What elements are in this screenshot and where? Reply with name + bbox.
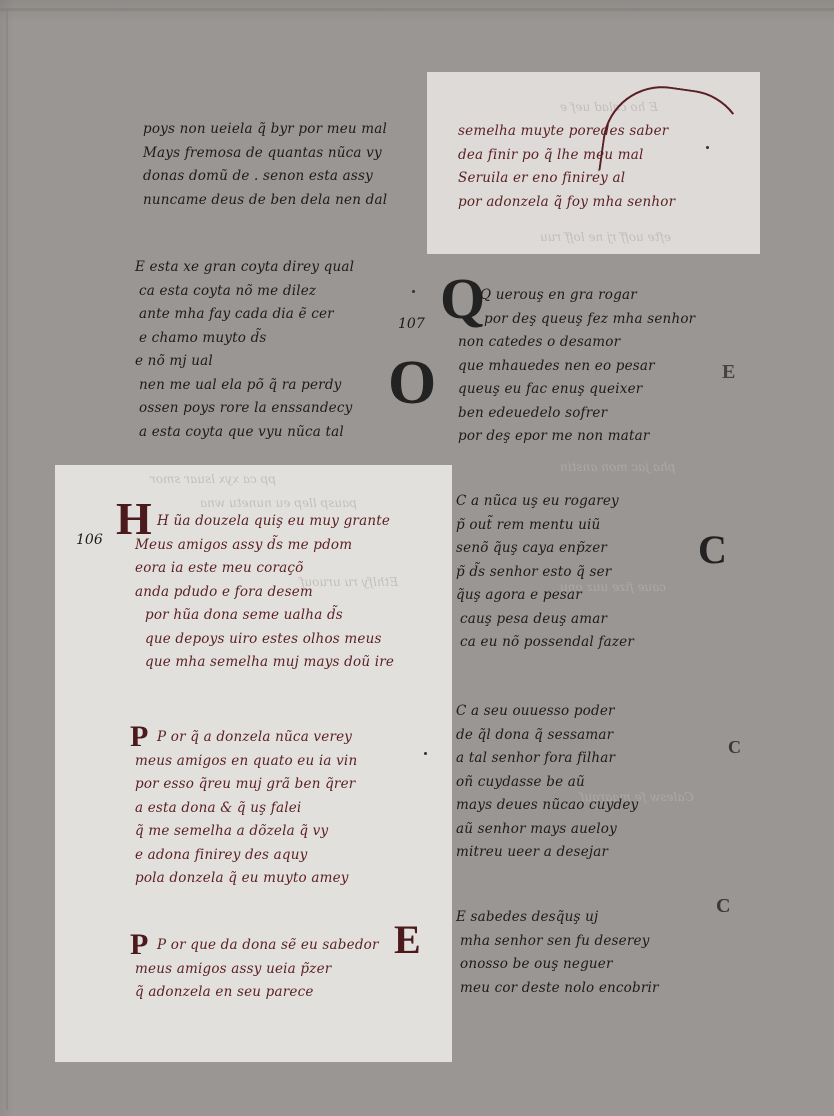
verse-line: poys non ueiela q̃ byr por meu mal	[143, 118, 387, 142]
stanza-middle-left: E esta xe gran coyta direy qual ca esta …	[135, 256, 354, 444]
verse-line: e nõ mj ual	[135, 350, 354, 374]
verse-line: eora ia este meu coraçõ	[135, 557, 394, 581]
verse-line: Meus amigos assy d̃s me pdom	[135, 534, 394, 558]
stanza-bottom-left-3: P or que da dona sẽ eu sabedor meus amig…	[135, 934, 379, 1005]
verse-line: ben edeuedelo sofrer	[458, 402, 695, 426]
verse-line: P or que da dona sẽ eu sabedor	[135, 934, 379, 958]
verse-line: q̃uş agora e pesar	[456, 584, 634, 608]
verse-line: por deş queuş fez mha senhor	[458, 308, 695, 332]
verse-line: e chamo muyto d̃s	[135, 327, 354, 351]
verse-line: por esso q̃reu muj grã ben q̃rer	[135, 773, 357, 797]
verse-line: meus amigos assy ueia p̃zer	[135, 958, 379, 982]
bleed-through-text: pausp llep eu nunetu wna	[200, 496, 357, 510]
verse-line: mha senhor sen fu deserey	[456, 930, 659, 954]
manuscript-page: E ho calad uef e efte uoff rj ne loff ru…	[0, 0, 834, 1116]
stanza-bottom-left-1: H ũa douzela quiş eu muy grante Meus ami…	[135, 510, 394, 675]
verse-line: q̃ me semelha a dõzela q̃ vy	[135, 820, 357, 844]
verse-line: nen me ual ela põ q̃ ra perdy	[135, 374, 354, 398]
initial-letter-e-faint: C	[728, 738, 741, 756]
verse-line: ossen poys rore la enssandecy	[135, 397, 354, 421]
verse-line: E esta xe gran coyta direy qual	[135, 256, 354, 280]
verse-line: C a nũca uş eu rogarey	[456, 490, 634, 514]
verse-line: ca eu nõ possendal fazer	[456, 631, 634, 655]
verse-line: e adona finirey des aquy	[135, 844, 357, 868]
verse-line: senõ q̃uş caya enp̃zer	[456, 537, 634, 561]
verse-line: onosso be ouş neguer	[456, 953, 659, 977]
verse-line: q̃ adonzela en seu parece	[135, 981, 379, 1005]
verse-line: semelha muyte poredes saber	[458, 120, 675, 144]
folio-number-106: 106	[76, 532, 103, 548]
verse-line: a esta dona & q̃ uş falei	[135, 797, 357, 821]
verse-line: que mhauedes nen eo pesar	[458, 355, 695, 379]
stanza-right-2: C a seu ouuesso poder de q̃l dona q̃ ses…	[456, 700, 638, 865]
verse-line: de q̃l dona q̃ sessamar	[456, 724, 638, 748]
verse-line: donas domũ de . senon esta assy	[143, 165, 387, 189]
verse-line: por hũa dona seme ualha d̃s	[135, 604, 394, 628]
verse-line: que mha semelha muj mays doũ ire	[135, 651, 394, 675]
verse-line: queuş eu fac enuş queixer	[458, 378, 695, 402]
verse-line: cauş pesa deuş amar	[456, 608, 634, 632]
verse-line: por adonzela q̃ foy mha senhor	[458, 191, 675, 215]
bleed-through-text: pha jac mon anstin	[560, 460, 675, 474]
verse-line: Mays fremosa de quantas nũca vy	[143, 142, 387, 166]
initial-letter-e-faint: E	[722, 362, 735, 382]
verse-line: p̃ d̃s senhor esto q̃ ser	[456, 561, 634, 585]
stanza-right-1: C a nũca uş eu rogarey p̃ out̃ rem mentu…	[456, 490, 634, 655]
verse-line: pola donzela q̃ eu muyto amey	[135, 867, 357, 891]
verse-line: p̃ out̃ rem mentu uiũ	[456, 514, 634, 538]
stanza-top-right: semelha muyte poredes saber dea finir po…	[458, 120, 675, 214]
verse-line: meu cor deste nolo encobrir	[456, 977, 659, 1001]
verse-line: por deş epor me non matar	[458, 425, 695, 449]
page-top-edge	[0, 8, 834, 11]
verse-line: C a seu ouuesso poder	[456, 700, 638, 724]
stanza-middle-right: Q uerouş en gra rogar por deş queuş fez …	[458, 284, 695, 449]
verse-line: oñ cuydasse be aũ	[456, 771, 638, 795]
folio-number-107: 107	[398, 316, 425, 332]
verse-line: Seruila er eno finirey al	[458, 167, 675, 191]
verse-line: E sabedes desq̃uş uj	[456, 906, 659, 930]
verse-line: Q uerouş en gra rogar	[458, 284, 695, 308]
stanza-top-left: poys non ueiela q̃ byr por meu mal Mays …	[143, 118, 387, 212]
verse-line: a tal senhor fora filhar	[456, 747, 638, 771]
ink-dot	[706, 146, 709, 149]
page-left-edge	[6, 10, 8, 1110]
verse-line: meus amigos en quato eu ia vin	[135, 750, 357, 774]
initial-letter-q-faint: C	[716, 896, 730, 916]
stanza-bottom-left-2: P or q̃ a donzela nũca verey meus amigos…	[135, 726, 357, 891]
verse-line: anda pdudo e fora desem	[135, 581, 394, 605]
verse-line: ante mha fay cada dia ẽ cer	[135, 303, 354, 327]
stanza-right-3: E sabedes desq̃uş uj mha senhor sen fu d…	[456, 906, 659, 1000]
verse-line: P or q̃ a donzela nũca verey	[135, 726, 357, 750]
ink-dot	[412, 290, 415, 293]
initial-letter-e: E	[394, 920, 421, 960]
verse-line: nuncame deus de ben dela nen dal	[143, 189, 387, 213]
verse-line: dea finir po q̃ lhe meu mal	[458, 144, 675, 168]
verse-line: a esta coyta que vyu nũca tal	[135, 421, 354, 445]
verse-line: que depoys uiro estes olhos meus	[135, 628, 394, 652]
verse-line: H ũa douzela quiş eu muy grante	[135, 510, 394, 534]
initial-letter-c: C	[698, 530, 727, 570]
verse-line: ca esta coyta nõ me dilez	[135, 280, 354, 304]
verse-line: aũ senhor mays aueloy	[456, 818, 638, 842]
ink-dot	[424, 752, 427, 755]
verse-line: mitreu ueer a desejar	[456, 841, 638, 865]
verse-line: non catedes o desamor	[458, 331, 695, 355]
bleed-through-text: pp ca xyx lsuar smor	[150, 472, 276, 486]
bleed-through-text: efte uoff rj ne loff ruu	[540, 230, 671, 244]
verse-line: mays deues nũcao cuydey	[456, 794, 638, 818]
initial-letter-o: O	[388, 352, 436, 414]
